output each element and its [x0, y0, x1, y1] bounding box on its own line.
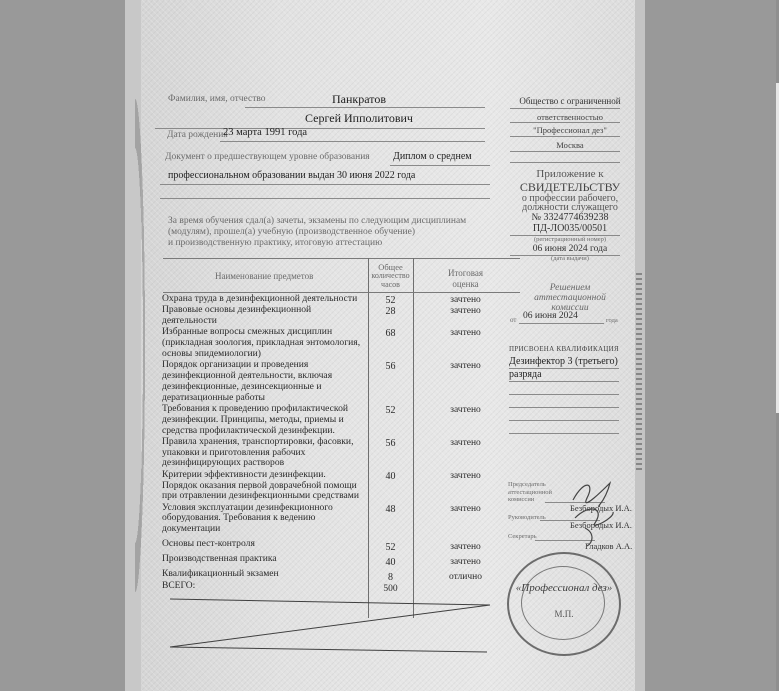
issue-date: 06 июня 2024 года [515, 244, 625, 254]
chair-label-l2: аттестационной [508, 489, 552, 496]
prev-education-line2: профессиональном образовании выдан 30 ию… [168, 170, 415, 181]
qualification-line1: Дезинфектор 3 (третьего) [509, 356, 618, 367]
total-hours: 500 [368, 584, 413, 594]
subject-hours: 40 [368, 471, 413, 482]
birth-date: 23 марта 1991 года [223, 127, 307, 138]
appendix-title1: Приложение к [515, 168, 625, 180]
decision-year-label: года [606, 317, 618, 324]
organization-seal: «Профессионал дез» М.П. [507, 552, 621, 656]
subject-grade: зачтено [413, 542, 518, 552]
subject-name: Правовые основы дезинфекционной деятельн… [162, 305, 372, 327]
decision-line2: аттестационной [515, 293, 625, 303]
subject-grade: зачтено [413, 471, 518, 481]
subject-hours: 56 [368, 438, 413, 449]
decision-date: 06 июня 2024 [523, 311, 578, 321]
subject-hours: 56 [368, 361, 413, 372]
header-hours-l2: количество [368, 271, 413, 280]
subject-hours: 52 [368, 295, 413, 306]
certificate-number: № 3324774639238 [515, 212, 625, 223]
header-subject: Наименование предметов [215, 271, 313, 281]
prev-education-label: Документ о предшествующем уровне образов… [165, 152, 370, 162]
subject-grade: зачтено [413, 295, 518, 305]
subject-hours: 48 [368, 504, 413, 515]
subject-name: Правила хранения, транспортировки, фасов… [162, 437, 372, 469]
subject-hours: 40 [368, 557, 413, 568]
header-grade-l2: оценка [413, 279, 518, 289]
seal-mp: М.П. [509, 609, 619, 619]
decision-line1: Решением [515, 283, 625, 293]
decision-from-label: от [510, 316, 516, 324]
org-line2: ответственностью [515, 112, 625, 122]
certificate-appendix-document: Фамилия, имя, отчество Панкратов Сергей … [125, 0, 645, 691]
header-hours-l3: часов [368, 280, 413, 289]
subject-hours: 28 [368, 306, 413, 317]
subject-hours: 52 [368, 405, 413, 416]
subject-grade: зачтено [413, 504, 518, 514]
subject-name: Основы пест-контроля [162, 539, 372, 550]
birth-date-label: Дата рождения [167, 130, 228, 140]
prev-education-line1: Диплом о среднем [393, 151, 472, 162]
handwritten-signature [565, 478, 625, 548]
subject-hours: 8 [368, 572, 413, 583]
name-patronymic: Сергей Ипполитович [305, 111, 413, 126]
intro-line2: (модулям), прошел(а) учебную (производст… [168, 227, 415, 237]
registration-number: ПД-ЛО035/00501 [515, 223, 625, 234]
seal-text: «Профессионал дез» [509, 582, 619, 594]
qualification-label: ПРИСВОЕНА КВАЛИФИКАЦИЯ [509, 345, 619, 353]
org-line1: Общество с ограниченной [515, 96, 625, 106]
subject-name: Производственная практика [162, 554, 372, 565]
guilloche-border-left [135, 0, 149, 691]
surname: Панкратов [332, 92, 386, 107]
subject-hours: 68 [368, 328, 413, 339]
z-cancellation-lines [165, 595, 495, 657]
subject-grade: зачтено [413, 328, 518, 338]
subject-name: Избранные вопросы смежных дисциплин (при… [162, 327, 372, 359]
chair-label-l1: Председатель [508, 482, 546, 489]
subject-name: Охрана труда в дезинфекционной деятельно… [162, 294, 372, 305]
org-line3: "Профессионал дез" [515, 125, 625, 135]
registration-number-label: (регистрационный номер) [515, 236, 625, 243]
total-label: ВСЕГО: [162, 581, 195, 591]
subject-name: Условия эксплуатации дезинфекционного об… [162, 503, 372, 535]
subject-name: Критерии эффективности дезинфекции. Поря… [162, 470, 372, 502]
subject-hours: 52 [368, 542, 413, 553]
subject-grade: зачтено [413, 557, 518, 567]
subject-grade: отлично [413, 572, 518, 582]
subject-grade: зачтено [413, 361, 518, 371]
fio-label: Фамилия, имя, отчество [168, 94, 266, 104]
secretary-label: Секретарь [508, 533, 537, 540]
issue-date-label: (дата выдачи) [515, 255, 625, 262]
intro-line1: За время обучения сдал(а) зачеты, экзаме… [168, 216, 466, 226]
qualification-line2: разряда [509, 369, 542, 380]
microtext-border [636, 270, 642, 470]
chair-label-l3: комиссии [508, 496, 534, 503]
subject-grade: зачтено [413, 306, 518, 316]
subject-grade: зачтено [413, 438, 518, 448]
subject-name: Квалификационный экзамен [162, 569, 372, 580]
org-city: Москва [515, 140, 625, 150]
subject-name: Порядок организации и проведения дезинфе… [162, 360, 372, 403]
header-grade-l1: Итоговая [413, 268, 518, 278]
subject-name: Требования к проведению профилактической… [162, 404, 372, 436]
intro-line3: и производственную практику, итоговую ат… [168, 238, 382, 248]
subject-grade: зачтено [413, 405, 518, 415]
